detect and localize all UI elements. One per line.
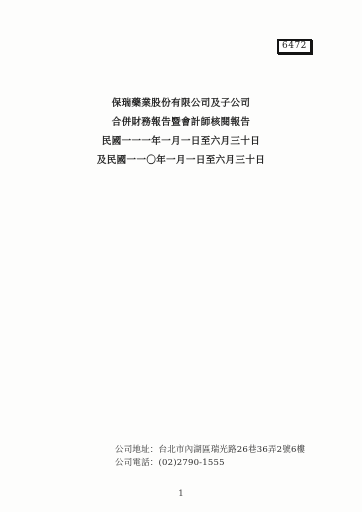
report-title: 合併財務報告暨會計師核閱報告: [0, 113, 362, 132]
report-period-current: 民國一一一年一月一日至六月三十日: [0, 132, 362, 151]
report-cover-page: 6472 保瑞藥業股份有限公司及子公司 合併財務報告暨會計師核閱報告 民國一一一…: [0, 0, 362, 512]
company-name: 保瑞藥業股份有限公司及子公司: [0, 94, 362, 113]
page-number: 1: [0, 489, 362, 499]
company-phone: 公司電話：(02)2790-1555: [115, 457, 305, 470]
report-period-prior: 及民國一一〇年一月一日至六月三十日: [0, 151, 362, 170]
stock-code: 6472: [282, 41, 307, 51]
company-contact-block: 公司地址：台北市內湖區瑞光路26巷36弄2號6樓 公司電話：(02)2790-1…: [115, 444, 305, 469]
stock-code-box: 6472: [277, 39, 312, 54]
title-block: 保瑞藥業股份有限公司及子公司 合併財務報告暨會計師核閱報告 民國一一一年一月一日…: [0, 94, 362, 170]
company-address: 公司地址：台北市內湖區瑞光路26巷36弄2號6樓: [115, 444, 305, 457]
